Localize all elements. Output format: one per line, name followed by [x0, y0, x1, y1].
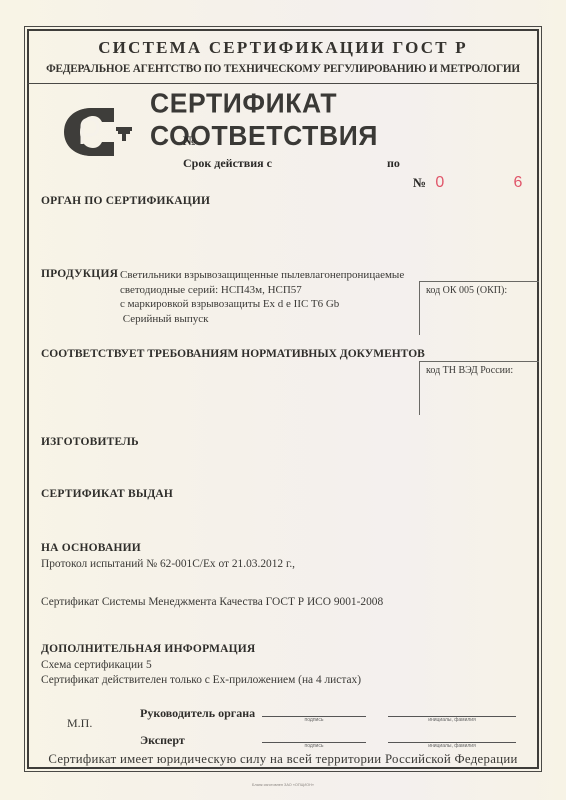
certification-body-label: ОРГАН ПО СЕРТИФИКАЦИИ	[41, 195, 210, 207]
qms-certificate: Сертификат Системы Менеджмента Качества …	[41, 595, 383, 610]
product-line: Светильники взрывозащищенные пылевлагоне…	[120, 268, 404, 283]
expert-signature-label: Эксперт	[140, 733, 185, 748]
validity-from-label: Срок действия с	[183, 156, 272, 171]
basis-label: НА ОСНОВАНИИ	[41, 542, 141, 554]
stamp-place-label: М.П.	[67, 716, 92, 731]
blank-number-suffix: 6	[513, 174, 522, 191]
head-signature-label: Руководитель органа	[140, 706, 255, 721]
head-signature-caption: подпись	[262, 717, 366, 723]
product-line: светодиодные серий: НСП43м, НСП57	[120, 283, 404, 298]
test-protocol: Протокол испытаний № 62-001С/Ex от 21.03…	[41, 557, 295, 572]
certificate-title: СЕРТИФИКАТ СООТВЕТСТВИЯ	[150, 87, 566, 152]
certificate-number-label: №	[183, 133, 196, 149]
validity-to-label: по	[387, 156, 400, 171]
okp-code-label: код ОК 005 (ОКП):	[426, 285, 507, 296]
tnved-code-label: код ТН ВЭД России:	[426, 365, 513, 376]
agency-name: ФЕДЕРАЛЬНОЕ АГЕНТСТВО ПО ТЕХНИЧЕСКОМУ РЕ…	[27, 63, 539, 75]
expert-name-caption: инициалы, фамилия	[388, 743, 516, 749]
header-divider	[27, 83, 539, 84]
compliance-label: СООТВЕТСТВУЕТ ТРЕБОВАНИЯМ НОРМАТИВНЫХ ДО…	[41, 348, 425, 360]
additional-info-line: Сертификат действителен только с Ex-прил…	[41, 673, 361, 688]
system-title: СИСТЕМА СЕРТИФИКАЦИИ ГОСТ Р	[27, 38, 539, 58]
product-line: с маркировкой взрывозащиты Ex d e IIC T6…	[120, 297, 404, 312]
blank-number-label: №	[413, 175, 426, 190]
product-label: ПРОДУКЦИЯ	[41, 268, 118, 280]
legal-validity-note: Сертификат имеет юридическую силу на все…	[27, 752, 539, 767]
manufacturer-label: ИЗГОТОВИТЕЛЬ	[41, 436, 139, 448]
blank-number: № 0 6	[413, 174, 522, 192]
product-description: Светильники взрывозащищенные пылевлагоне…	[120, 268, 404, 326]
head-name-caption: инициалы, фамилия	[388, 717, 516, 723]
okp-code-box: код ОК 005 (ОКП):	[419, 281, 539, 335]
expert-signature-caption: подпись	[262, 743, 366, 749]
issued-to-label: СЕРТИФИКАТ ВЫДАН	[41, 488, 173, 500]
additional-info: Схема сертификации 5 Сертификат действит…	[41, 658, 361, 687]
additional-info-line: Схема сертификации 5	[41, 658, 361, 673]
rst-mark-icon	[62, 106, 134, 158]
additional-info-label: ДОПОЛНИТЕЛЬНАЯ ИНФОРМАЦИЯ	[41, 643, 255, 655]
printer-note: Бланк изготовлен ЗАО «ОПЦИОН»	[60, 783, 506, 787]
tnved-code-box: код ТН ВЭД России:	[419, 361, 539, 415]
product-line: Серийный выпуск	[120, 312, 404, 327]
blank-number-prefix: 0	[435, 174, 444, 191]
